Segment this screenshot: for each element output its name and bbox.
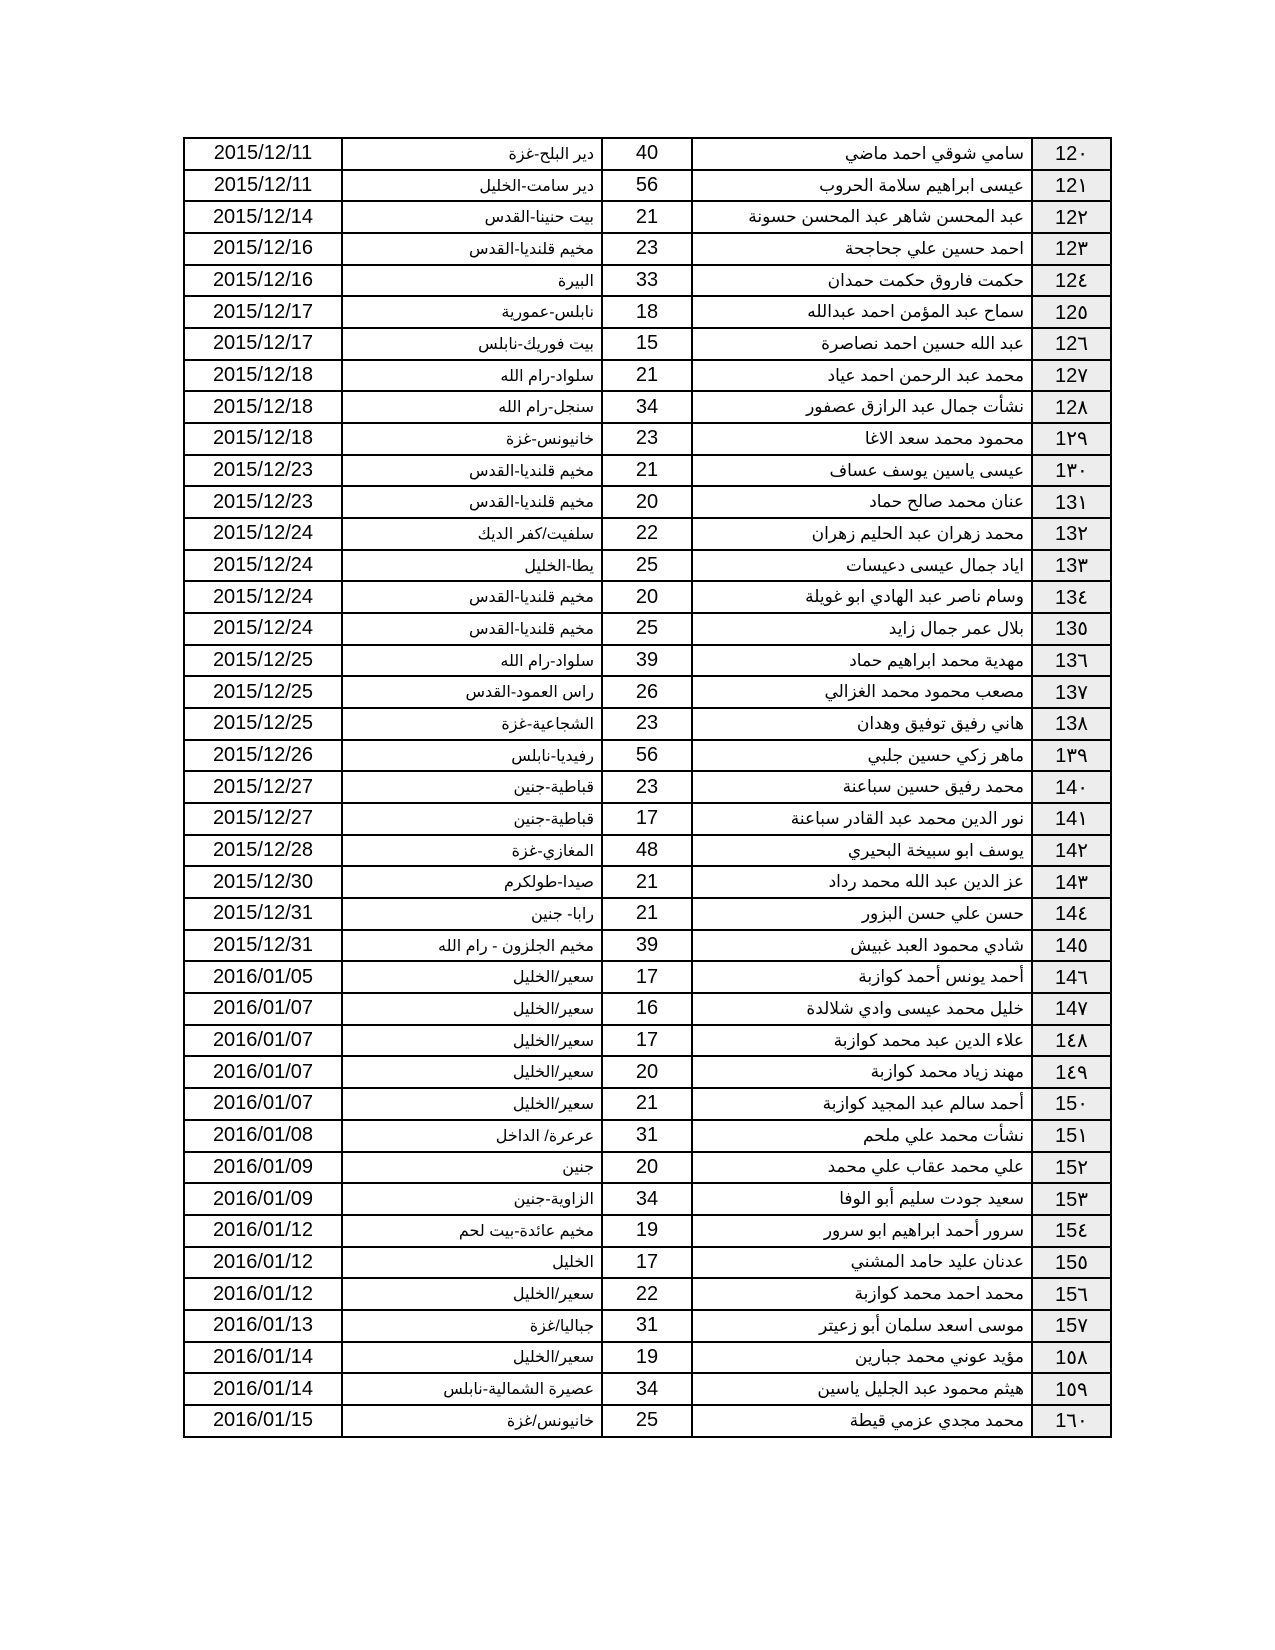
location-cell: دير سامت-الخليل: [342, 170, 602, 202]
table-row: 13١ عنان محمد صالح حماد 20 مخيم قلنديا-ا…: [184, 486, 1111, 518]
table-row: 13٨ هاني رفيق توفيق وهدان 23 الشجاعية-غز…: [184, 708, 1111, 740]
serial-cell: 1٥٨: [1032, 1342, 1111, 1374]
location-cell: مخيم قلنديا-القدس: [342, 613, 602, 645]
name-cell: مهدية محمد ابراهيم حماد: [692, 645, 1032, 677]
date-cell: 2015/12/16: [184, 233, 342, 265]
age-cell: 25: [602, 613, 692, 645]
location-cell: المغازي-غزة: [342, 835, 602, 867]
date-cell: 2016/01/07: [184, 1088, 342, 1120]
age-cell: 23: [602, 423, 692, 455]
date-cell: 2015/12/23: [184, 455, 342, 487]
serial-cell: 13٢: [1032, 518, 1111, 550]
name-cell: محمد رفيق حسين سباعنة: [692, 771, 1032, 803]
age-cell: 34: [602, 1183, 692, 1215]
age-cell: 20: [602, 1152, 692, 1184]
date-cell: 2015/12/17: [184, 296, 342, 328]
serial-cell: 12٢: [1032, 201, 1111, 233]
table-row: 12٣ احمد حسين علي جحاجحة 23 مخيم قلنديا-…: [184, 233, 1111, 265]
location-cell: يطا-الخليل: [342, 550, 602, 582]
date-cell: 2016/01/07: [184, 1056, 342, 1088]
date-cell: 2016/01/15: [184, 1405, 342, 1437]
table-row: 15٧ موسى اسعد سلمان أبو زعيتر 31 جباليا/…: [184, 1310, 1111, 1342]
location-cell: سنجل-رام الله: [342, 391, 602, 423]
location-cell: مخيم قلنديا-القدس: [342, 486, 602, 518]
casualties-table: 12٠ سامي شوقي احمد ماضي 40 دير البلح-غزة…: [183, 137, 1112, 1438]
date-cell: 2015/12/25: [184, 645, 342, 677]
age-cell: 21: [602, 1088, 692, 1120]
location-cell: خانيونس-غزة: [342, 423, 602, 455]
location-cell: عرعرة/ الداخل: [342, 1120, 602, 1152]
serial-cell: 12١: [1032, 170, 1111, 202]
age-cell: 17: [602, 803, 692, 835]
table-row: 1٦٠ محمد مجدي عزمي قيطة 25 خانيونس/غزة 2…: [184, 1405, 1111, 1437]
serial-cell: 14١: [1032, 803, 1111, 835]
name-cell: محمد مجدي عزمي قيطة: [692, 1405, 1032, 1437]
table-row: 12٨ نشأت جمال عبد الرازق عصفور 34 سنجل-ر…: [184, 391, 1111, 423]
date-cell: 2015/12/18: [184, 360, 342, 392]
table-row: 14٦ أحمد يونس أحمد كوازبة 17 سعير/الخليل…: [184, 961, 1111, 993]
name-cell: سرور أحمد ابراهيم ابو سرور: [692, 1215, 1032, 1247]
date-cell: 2015/12/30: [184, 866, 342, 898]
name-cell: محمد زهران عبد الحليم زهران: [692, 518, 1032, 550]
location-cell: خانيونس/غزة: [342, 1405, 602, 1437]
date-cell: 2016/01/12: [184, 1247, 342, 1279]
age-cell: 26: [602, 676, 692, 708]
age-cell: 56: [602, 740, 692, 772]
age-cell: 20: [602, 486, 692, 518]
date-cell: 2016/01/13: [184, 1310, 342, 1342]
name-cell: محمد احمد محمد كوازبة: [692, 1278, 1032, 1310]
serial-cell: 13٦: [1032, 645, 1111, 677]
serial-cell: 15٧: [1032, 1310, 1111, 1342]
table-row: 1٥٩ هيثم محمود عبد الجليل ياسين 34 عصيرة…: [184, 1373, 1111, 1405]
name-cell: سامي شوقي احمد ماضي: [692, 138, 1032, 170]
table-row: 14٤ حسن علي حسن البزور 21 رابا- جنين 201…: [184, 898, 1111, 930]
name-cell: محمد عبد الرحمن احمد عياد: [692, 360, 1032, 392]
age-cell: 23: [602, 771, 692, 803]
name-cell: خليل محمد عيسى وادي شلالدة: [692, 993, 1032, 1025]
location-cell: سلفيت/كفر الديك: [342, 518, 602, 550]
age-cell: 22: [602, 518, 692, 550]
serial-cell: 1٤٨: [1032, 1025, 1111, 1057]
age-cell: 19: [602, 1342, 692, 1374]
location-cell: مخيم عائدة-بيت لحم: [342, 1215, 602, 1247]
age-cell: 23: [602, 708, 692, 740]
location-cell: مخيم قلنديا-القدس: [342, 581, 602, 613]
table-row: 12٤ حكمت فاروق حكمت حمدان 33 البيرة 2015…: [184, 265, 1111, 297]
serial-cell: 15٢: [1032, 1152, 1111, 1184]
serial-cell: 1٣٠: [1032, 455, 1111, 487]
age-cell: 34: [602, 1373, 692, 1405]
age-cell: 31: [602, 1310, 692, 1342]
table-row: 12٥ سماح عبد المؤمن احمد عبدالله 18 نابل…: [184, 296, 1111, 328]
age-cell: 34: [602, 391, 692, 423]
location-cell: جباليا/غزة: [342, 1310, 602, 1342]
table-row: 1٥٨ مؤيد عوني محمد جبارين 19 سعير/الخليل…: [184, 1342, 1111, 1374]
location-cell: سعير/الخليل: [342, 1278, 602, 1310]
name-cell: عبد الله حسين احمد نصاصرة: [692, 328, 1032, 360]
serial-cell: 15١: [1032, 1120, 1111, 1152]
date-cell: 2015/12/27: [184, 771, 342, 803]
age-cell: 25: [602, 550, 692, 582]
age-cell: 17: [602, 961, 692, 993]
location-cell: الزاوية-جنين: [342, 1183, 602, 1215]
date-cell: 2016/01/09: [184, 1152, 342, 1184]
table-row: 12٢ عبد المحسن شاهر عبد المحسن حسونة 21 …: [184, 201, 1111, 233]
table-row: 13٦ مهدية محمد ابراهيم حماد 39 سلواد-رام…: [184, 645, 1111, 677]
location-cell: صيدا-طولكرم: [342, 866, 602, 898]
location-cell: سعير/الخليل: [342, 961, 602, 993]
age-cell: 23: [602, 233, 692, 265]
table-body: 12٠ سامي شوقي احمد ماضي 40 دير البلح-غزة…: [184, 138, 1111, 1437]
table-row: 14٠ محمد رفيق حسين سباعنة 23 قباطية-جنين…: [184, 771, 1111, 803]
name-cell: علاء الدين عبد محمد كوازبة: [692, 1025, 1032, 1057]
table-row: 1٣٠ عيسى ياسين يوسف عساف 21 مخيم قلنديا-…: [184, 455, 1111, 487]
name-cell: وسام ناصر عبد الهادي ابو غويلة: [692, 581, 1032, 613]
date-cell: 2015/12/18: [184, 391, 342, 423]
table-row: 12١ عيسى ابراهيم سلامة الحروب 56 دير سام…: [184, 170, 1111, 202]
serial-cell: 15٤: [1032, 1215, 1111, 1247]
name-cell: عنان محمد صالح حماد: [692, 486, 1032, 518]
serial-cell: 14٣: [1032, 866, 1111, 898]
age-cell: 33: [602, 265, 692, 297]
location-cell: قباطية-جنين: [342, 803, 602, 835]
age-cell: 19: [602, 1215, 692, 1247]
name-cell: أحمد يونس أحمد كوازبة: [692, 961, 1032, 993]
name-cell: نشأت محمد علي ملحم: [692, 1120, 1032, 1152]
serial-cell: 14٥: [1032, 930, 1111, 962]
table-row: 14١ نور الدين محمد عبد القادر سباعنة 17 …: [184, 803, 1111, 835]
location-cell: سلواد-رام الله: [342, 645, 602, 677]
date-cell: 2015/12/18: [184, 423, 342, 455]
date-cell: 2016/01/12: [184, 1278, 342, 1310]
table-row: 14٥ شادي محمود العبد غبيش 39 مخيم الجلزو…: [184, 930, 1111, 962]
date-cell: 2015/12/28: [184, 835, 342, 867]
name-cell: عبد المحسن شاهر عبد المحسن حسونة: [692, 201, 1032, 233]
date-cell: 2015/12/11: [184, 138, 342, 170]
date-cell: 2015/12/11: [184, 170, 342, 202]
table-row: 13٧ مصعب محمود محمد الغزالي 26 راس العمو…: [184, 676, 1111, 708]
age-cell: 18: [602, 296, 692, 328]
date-cell: 2015/12/24: [184, 518, 342, 550]
location-cell: راس العمود-القدس: [342, 676, 602, 708]
date-cell: 2015/12/24: [184, 581, 342, 613]
name-cell: هيثم محمود عبد الجليل ياسين: [692, 1373, 1032, 1405]
date-cell: 2016/01/08: [184, 1120, 342, 1152]
name-cell: اياد جمال عيسى دعيسات: [692, 550, 1032, 582]
table-row: 13٢ محمد زهران عبد الحليم زهران 22 سلفيت…: [184, 518, 1111, 550]
serial-cell: 13٤: [1032, 581, 1111, 613]
table-row: 15٣ سعيد جودت سليم أبو الوفا 34 الزاوية-…: [184, 1183, 1111, 1215]
serial-cell: 12٥: [1032, 296, 1111, 328]
age-cell: 48: [602, 835, 692, 867]
location-cell: سعير/الخليل: [342, 1088, 602, 1120]
date-cell: 2016/01/05: [184, 961, 342, 993]
location-cell: سعير/الخليل: [342, 1342, 602, 1374]
table-row: 1٢٩ محمود محمد سعد الاغا 23 خانيونس-غزة …: [184, 423, 1111, 455]
name-cell: هاني رفيق توفيق وهدان: [692, 708, 1032, 740]
name-cell: احمد حسين علي جحاجحة: [692, 233, 1032, 265]
serial-cell: 13٧: [1032, 676, 1111, 708]
name-cell: موسى اسعد سلمان أبو زعيتر: [692, 1310, 1032, 1342]
serial-cell: 12٣: [1032, 233, 1111, 265]
table-row: 15٢ علي محمد عقاب علي محمد 20 جنين 2016/…: [184, 1152, 1111, 1184]
date-cell: 2016/01/09: [184, 1183, 342, 1215]
name-cell: نور الدين محمد عبد القادر سباعنة: [692, 803, 1032, 835]
location-cell: رفيديا-نابلس: [342, 740, 602, 772]
serial-cell: 14٠: [1032, 771, 1111, 803]
age-cell: 39: [602, 645, 692, 677]
age-cell: 17: [602, 1247, 692, 1279]
name-cell: سعيد جودت سليم أبو الوفا: [692, 1183, 1032, 1215]
age-cell: 20: [602, 1056, 692, 1088]
age-cell: 21: [602, 455, 692, 487]
location-cell: مخيم قلنديا-القدس: [342, 455, 602, 487]
age-cell: 17: [602, 1025, 692, 1057]
table-row: 14٢ يوسف ابو سبيخة البحيري 48 المغازي-غز…: [184, 835, 1111, 867]
date-cell: 2015/12/26: [184, 740, 342, 772]
age-cell: 40: [602, 138, 692, 170]
age-cell: 21: [602, 201, 692, 233]
name-cell: مهند زياد محمد كوازبة: [692, 1056, 1032, 1088]
age-cell: 21: [602, 866, 692, 898]
name-cell: شادي محمود العبد غبيش: [692, 930, 1032, 962]
table-row: 15٥ عدنان عليد حامد المشني 17 الخليل 201…: [184, 1247, 1111, 1279]
serial-cell: 15٠: [1032, 1088, 1111, 1120]
location-cell: مخيم الجلزون - رام الله: [342, 930, 602, 962]
serial-cell: 14٦: [1032, 961, 1111, 993]
location-cell: مخيم قلنديا-القدس: [342, 233, 602, 265]
serial-cell: 14٤: [1032, 898, 1111, 930]
age-cell: 39: [602, 930, 692, 962]
name-cell: أحمد سالم عبد المجيد كوازبة: [692, 1088, 1032, 1120]
location-cell: بيت حنينا-القدس: [342, 201, 602, 233]
serial-cell: 15٦: [1032, 1278, 1111, 1310]
table-row: 1٣٩ ماهر زكي حسين جلبي 56 رفيديا-نابلس 2…: [184, 740, 1111, 772]
table-row: 15٦ محمد احمد محمد كوازبة 22 سعير/الخليل…: [184, 1278, 1111, 1310]
location-cell: الشجاعية-غزة: [342, 708, 602, 740]
serial-cell: 15٣: [1032, 1183, 1111, 1215]
age-cell: 21: [602, 360, 692, 392]
date-cell: 2015/12/27: [184, 803, 342, 835]
serial-cell: 12٠: [1032, 138, 1111, 170]
table-row: 14٣ عز الدين عبد الله محمد رداد 21 صيدا-…: [184, 866, 1111, 898]
date-cell: 2016/01/07: [184, 1025, 342, 1057]
name-cell: ماهر زكي حسين جلبي: [692, 740, 1032, 772]
date-cell: 2015/12/24: [184, 550, 342, 582]
serial-cell: 1٥٩: [1032, 1373, 1111, 1405]
serial-cell: 1٤٩: [1032, 1056, 1111, 1088]
date-cell: 2015/12/17: [184, 328, 342, 360]
document-page: 12٠ سامي شوقي احمد ماضي 40 دير البلح-غزة…: [0, 0, 1275, 1650]
table-row: 12٠ سامي شوقي احمد ماضي 40 دير البلح-غزة…: [184, 138, 1111, 170]
serial-cell: 13١: [1032, 486, 1111, 518]
age-cell: 15: [602, 328, 692, 360]
serial-cell: 12٤: [1032, 265, 1111, 297]
serial-cell: 14٧: [1032, 993, 1111, 1025]
name-cell: حسن علي حسن البزور: [692, 898, 1032, 930]
location-cell: رابا- جنين: [342, 898, 602, 930]
date-cell: 2016/01/12: [184, 1215, 342, 1247]
date-cell: 2016/01/14: [184, 1342, 342, 1374]
location-cell: البيرة: [342, 265, 602, 297]
table-row: 15٠ أحمد سالم عبد المجيد كوازبة 21 سعير/…: [184, 1088, 1111, 1120]
location-cell: سلواد-رام الله: [342, 360, 602, 392]
age-cell: 20: [602, 581, 692, 613]
name-cell: محمود محمد سعد الاغا: [692, 423, 1032, 455]
age-cell: 22: [602, 1278, 692, 1310]
table-row: 13٣ اياد جمال عيسى دعيسات 25 يطا-الخليل …: [184, 550, 1111, 582]
location-cell: سعير/الخليل: [342, 1025, 602, 1057]
serial-cell: 1٦٠: [1032, 1405, 1111, 1437]
serial-cell: 13٥: [1032, 613, 1111, 645]
location-cell: قباطية-جنين: [342, 771, 602, 803]
serial-cell: 13٨: [1032, 708, 1111, 740]
age-cell: 21: [602, 898, 692, 930]
table-row: 14٧ خليل محمد عيسى وادي شلالدة 16 سعير/ا…: [184, 993, 1111, 1025]
table-row: 13٤ وسام ناصر عبد الهادي ابو غويلة 20 مخ…: [184, 581, 1111, 613]
location-cell: الخليل: [342, 1247, 602, 1279]
table-row: 15٤ سرور أحمد ابراهيم ابو سرور 19 مخيم ع…: [184, 1215, 1111, 1247]
age-cell: 31: [602, 1120, 692, 1152]
name-cell: مصعب محمود محمد الغزالي: [692, 676, 1032, 708]
table-row: 13٥ بلال عمر جمال زايد 25 مخيم قلنديا-ال…: [184, 613, 1111, 645]
location-cell: بيت فوريك-نابلس: [342, 328, 602, 360]
location-cell: دير البلح-غزة: [342, 138, 602, 170]
serial-cell: 1٣٩: [1032, 740, 1111, 772]
name-cell: سماح عبد المؤمن احمد عبدالله: [692, 296, 1032, 328]
name-cell: يوسف ابو سبيخة البحيري: [692, 835, 1032, 867]
serial-cell: 15٥: [1032, 1247, 1111, 1279]
date-cell: 2015/12/23: [184, 486, 342, 518]
location-cell: عصيرة الشمالية-نابلس: [342, 1373, 602, 1405]
location-cell: نابلس-عمورية: [342, 296, 602, 328]
name-cell: نشأت جمال عبد الرازق عصفور: [692, 391, 1032, 423]
date-cell: 2016/01/14: [184, 1373, 342, 1405]
serial-cell: 12٦: [1032, 328, 1111, 360]
serial-cell: 12٨: [1032, 391, 1111, 423]
name-cell: علي محمد عقاب علي محمد: [692, 1152, 1032, 1184]
table-row: 12٧ محمد عبد الرحمن احمد عياد 21 سلواد-ر…: [184, 360, 1111, 392]
serial-cell: 1٢٩: [1032, 423, 1111, 455]
name-cell: عدنان عليد حامد المشني: [692, 1247, 1032, 1279]
table-row: 1٤٩ مهند زياد محمد كوازبة 20 سعير/الخليل…: [184, 1056, 1111, 1088]
name-cell: عيسى ياسين يوسف عساف: [692, 455, 1032, 487]
age-cell: 16: [602, 993, 692, 1025]
date-cell: 2016/01/07: [184, 993, 342, 1025]
date-cell: 2015/12/31: [184, 898, 342, 930]
table-row: 15١ نشأت محمد علي ملحم 31 عرعرة/ الداخل …: [184, 1120, 1111, 1152]
serial-cell: 12٧: [1032, 360, 1111, 392]
name-cell: مؤيد عوني محمد جبارين: [692, 1342, 1032, 1374]
name-cell: حكمت فاروق حكمت حمدان: [692, 265, 1032, 297]
table-row: 1٤٨ علاء الدين عبد محمد كوازبة 17 سعير/ا…: [184, 1025, 1111, 1057]
location-cell: سعير/الخليل: [342, 993, 602, 1025]
name-cell: بلال عمر جمال زايد: [692, 613, 1032, 645]
date-cell: 2015/12/25: [184, 676, 342, 708]
location-cell: جنين: [342, 1152, 602, 1184]
date-cell: 2015/12/14: [184, 201, 342, 233]
date-cell: 2015/12/25: [184, 708, 342, 740]
name-cell: عز الدين عبد الله محمد رداد: [692, 866, 1032, 898]
table-row: 12٦ عبد الله حسين احمد نصاصرة 15 بيت فور…: [184, 328, 1111, 360]
serial-cell: 14٢: [1032, 835, 1111, 867]
age-cell: 56: [602, 170, 692, 202]
serial-cell: 13٣: [1032, 550, 1111, 582]
name-cell: عيسى ابراهيم سلامة الحروب: [692, 170, 1032, 202]
date-cell: 2015/12/24: [184, 613, 342, 645]
location-cell: سعير/الخليل: [342, 1056, 602, 1088]
date-cell: 2015/12/16: [184, 265, 342, 297]
age-cell: 25: [602, 1405, 692, 1437]
date-cell: 2015/12/31: [184, 930, 342, 962]
